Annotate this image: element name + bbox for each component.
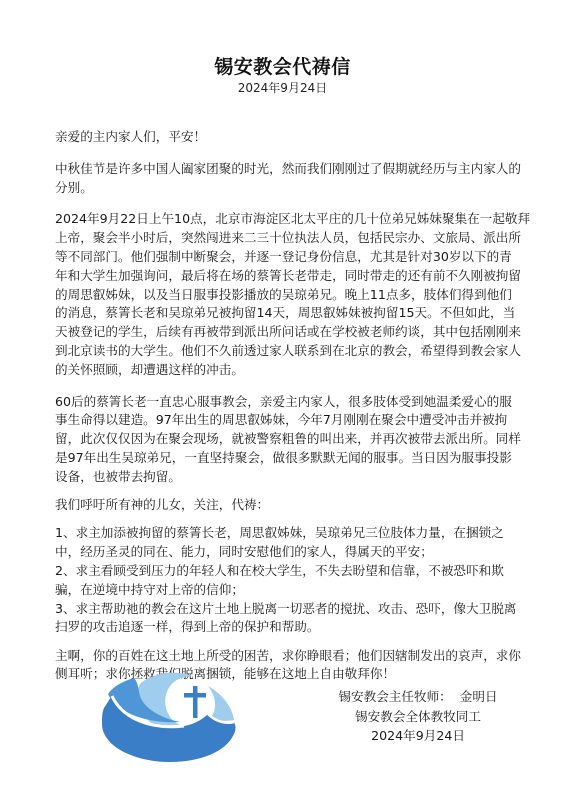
text-line: 等不同部门。他们强制中断聚会，并逐一登记身份信息，尤其是针对30岁以下的青 [55, 248, 525, 267]
prayer-item: 1、求主加添被拘留的蔡箐长老，周思叡姊妹，吴琼弟兄三位肢体力量，在捆锁之 中，经… [55, 524, 525, 562]
signature-block: 锡安教会主任牧师： 金明日 锡安教会全体教牧同工 2024年9月24日 [318, 687, 518, 746]
text-line: 主啊，你的百姓在这土地上所受的困苦，求你睁眼看；他们因辖制发出的哀声，求你 [55, 647, 525, 666]
letter-body: 亲爱的主内家人们，平安！ 中秋佳节是许多中国人阖家团聚的时光，然而我们刚刚过了假… [55, 128, 525, 694]
text-line: 事生命得以建造。97年出生的周思叡姊妹，今年7月刚刚在聚会中遭受冲击并被拘 [55, 411, 525, 430]
text-line: 年和大学生加强询问，最后将在场的蔡箐长老带走，同时带走的还有前不久刚被拘留 [55, 267, 525, 286]
text-line: 上帝，聚会半小时后，突然闯进来二三十位执法人员，包括民宗办、文旅局、派出所 [55, 229, 525, 248]
text-line: 1、求主加添被拘留的蔡箐长老，周思叡姊妹，吴琼弟兄三位肢体力量，在捆锁之 [55, 524, 525, 543]
letter-title: 锡安教会代祷信 [0, 55, 565, 79]
text-line: 我们呼吁所有神的儿女，关注，代祷： [55, 496, 525, 515]
text-line: 60后的蔡箐长老一直忠心服事教会，亲爱主内家人，很多肢体受到她温柔爱心的服 [55, 393, 525, 412]
text-line: 留，此次仅仅因为在聚会现场，就被警察粗鲁的叫出来，并再次被带去派出所。同样 [55, 430, 525, 449]
paragraph-people: 60后的蔡箐长老一直忠心服事教会，亲爱主内家人，很多肢体受到她温柔爱心的服 事生… [55, 393, 525, 487]
text-line: 设备，也被带去拘留。 [55, 468, 525, 487]
text-line: 到北京读书的大学生。他们不久前透过家人联系到在北京的教会，希望得到教会家人 [55, 342, 525, 361]
pastor-line: 锡安教会主任牧师： 金明日 [318, 687, 518, 707]
text-line: 的消息，蔡箐长老和吴琼弟兄被拘留14天，周思叡姊妹被拘留15天。不但如此，当 [55, 304, 525, 323]
staff-line: 锡安教会全体教牧同工 [318, 707, 518, 727]
text-line: 是97年出生吴琼弟兄，一直坚持聚会，做很多默默无闻的服事。当日因为服事投影 [55, 449, 525, 468]
text-line: 2、求主看顾受到压力的年轻人和在校大学生，不失去盼望和信靠，不被恐吓和欺 [55, 562, 525, 581]
signature-date: 2024年9月24日 [318, 726, 518, 746]
text-line: 骗，在逆境中持守对上帝的信仰； [55, 581, 525, 600]
paragraph-call: 我们呼吁所有神的儿女，关注，代祷： [55, 496, 525, 515]
text-line: 中，经历圣灵的同在、能力，同时安慰他们的家人，得属天的平安； [55, 543, 525, 562]
prayer-item: 3、求主帮助祂的教会在这片土地上脱离一切恶者的搅扰、攻击、恐吓，像大卫脱离 扫罗… [55, 600, 525, 638]
text-line: 的关怀照顾，却遭遇这样的冲击。 [55, 361, 525, 380]
text-line: 2024年9月22日上午10点，北京市海淀区北太平庄的几十位弟兄姊妹聚集在一起敬… [55, 210, 525, 229]
greeting-text: 亲爱的主内家人们，平安！ [55, 128, 525, 147]
text-line: 中秋佳节是许多中国人阖家团聚的时光，然而我们刚刚过了假期就经历与主内家人的 [55, 160, 525, 179]
paragraph-incident: 2024年9月22日上午10点，北京市海淀区北太平庄的几十位弟兄姊妹聚集在一起敬… [55, 210, 525, 379]
text-line: 的周思叡姊妹，以及当日服事投影播放的吴琼弟兄。晚上11点多，肢体们得到他们 [55, 286, 525, 305]
text-line: 分别。 [55, 179, 525, 198]
church-logo-wave-cross-icon [100, 668, 240, 764]
prayer-item: 2、求主看顾受到压力的年轻人和在校大学生，不失去盼望和信靠，不被恐吓和欺 骗，在… [55, 562, 525, 600]
text-line: 3、求主帮助祂的教会在这片土地上脱离一切恶者的搅扰、攻击、恐吓，像大卫脱离 [55, 600, 525, 619]
prayer-list: 1、求主加添被拘留的蔡箐长老，周思叡姊妹，吴琼弟兄三位肢体力量，在捆锁之 中，经… [55, 524, 525, 637]
letter-date: 2024年9月24日 [0, 80, 565, 96]
text-line: 天被登记的学生，后续有再被带到派出所问话或在学校被老师约谈，其中包括刚刚来 [55, 323, 525, 342]
paragraph-intro: 中秋佳节是许多中国人阖家团聚的时光，然而我们刚刚过了假期就经历与主内家人的 分别… [55, 160, 525, 198]
greeting: 亲爱的主内家人们，平安！ [55, 128, 525, 147]
text-line: 扫罗的攻击追逐一样，得到上帝的保护和帮助。 [55, 618, 525, 637]
